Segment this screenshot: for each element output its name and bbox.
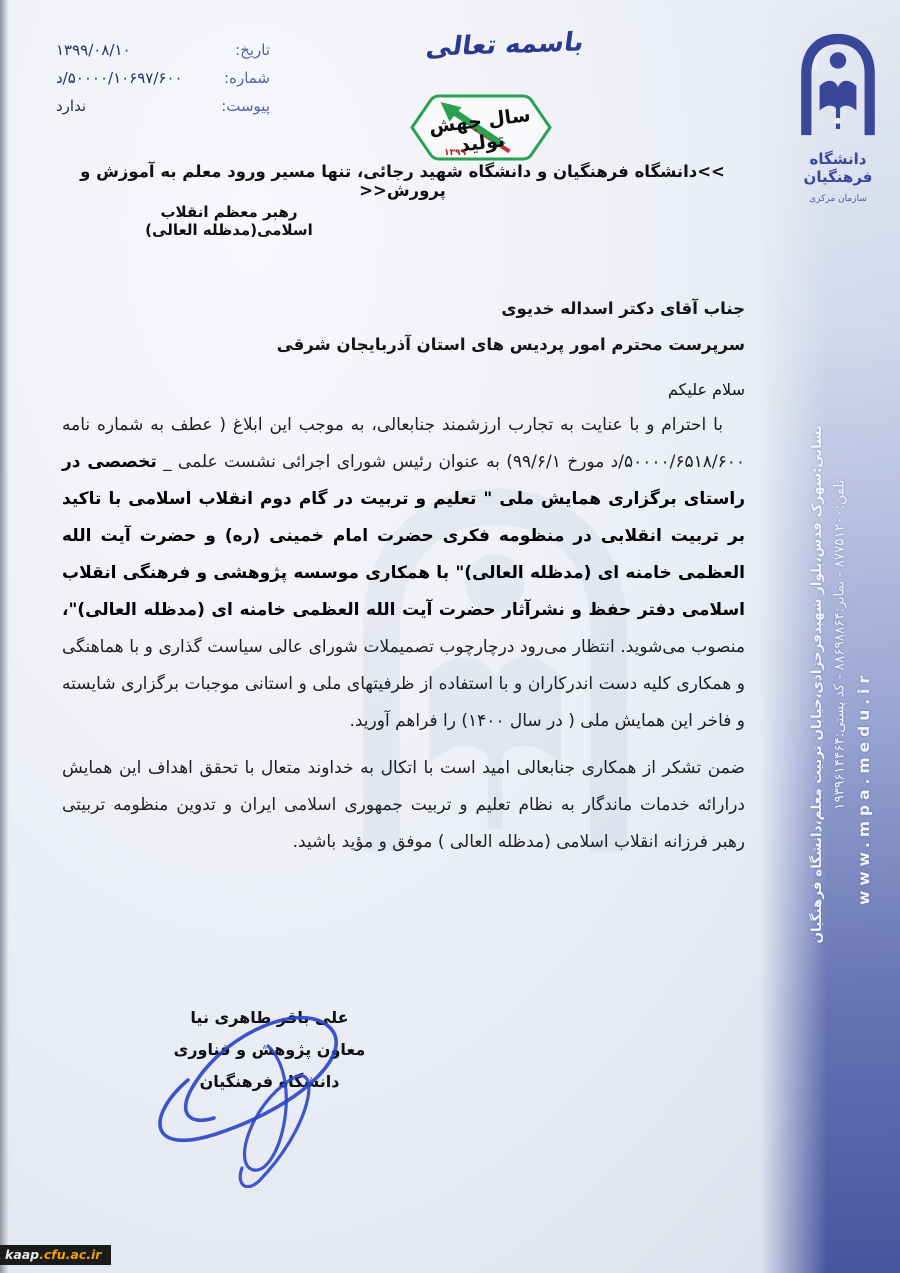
watermark-domain-prefix: kaap <box>5 1247 39 1262</box>
sidebar-phone-fax-postal-vertical: تلفن:۸۷۷۵۱۲۰۰ - نمابر:۸۸۶۹۸۸۶۴ - کد پستی… <box>831 480 849 1015</box>
sidebar-website-vertical: www.mpa.medu.ir <box>855 645 873 905</box>
attachment-value: ندارد <box>50 97 198 115</box>
signatory-name: علی باقر طاهری نیا <box>152 1002 387 1034</box>
salutation: سلام علیکم <box>277 373 745 407</box>
university-emblem-icon <box>792 28 884 142</box>
body-p1-regular-end: منصوب می‌شوید. انتظار می‌رود درچارچوب تص… <box>62 637 745 731</box>
header-slogan: <<دانشگاه فرهنگیان و دانشگاه شهید رجائی،… <box>45 162 760 200</box>
stamp-year: ۱۳۹۹ <box>444 148 466 158</box>
signatory-org: دانشگاه فرهنگیان <box>152 1066 387 1098</box>
body-paragraph-2: ضمن تشکر از همکاری جنابعالی امید است با … <box>62 750 745 861</box>
number-value: ۵۰۰۰۰/۱۰۶۹۷/۶۰۰/د <box>50 69 198 87</box>
scan-edge <box>0 0 9 1273</box>
logo-title: دانشگاه فرهنگیان <box>782 150 894 186</box>
signatory-title: معاون پژوهش و فناوری <box>152 1034 387 1066</box>
slogan-open-mark: << <box>697 162 725 181</box>
slogan-text: دانشگاه فرهنگیان و دانشگاه شهید رجائی، ت… <box>80 162 697 200</box>
watermark-domain-suffix: .cfu.ac.ir <box>39 1247 101 1262</box>
sidebar-address-vertical: نشانی:شهرک قدس،بلوار شهیدفرحزادی،خیابان … <box>808 425 826 1015</box>
letter-body: با احترام و با عنایت به تجارب ارزشمند جن… <box>62 407 745 871</box>
letter-meta-block: تاریخ: ۱۳۹۹/۰۸/۱۰ شماره: ۵۰۰۰۰/۱۰۶۹۷/۶۰۰… <box>50 36 270 120</box>
year-slogan-stamp: سال جهش تولید ۱۳۹۹ <box>406 90 556 164</box>
university-logo: دانشگاه فرهنگیان سازمان مرکزی <box>782 28 894 204</box>
meta-row-date: تاریخ: ۱۳۹۹/۰۸/۱۰ <box>50 36 270 64</box>
meta-row-attachment: پیوست: ندارد <box>50 92 270 120</box>
signature-block: علی باقر طاهری نیا معاون پژوهش و فناوری … <box>152 1002 387 1098</box>
date-label: تاریخ: <box>198 41 270 59</box>
letter-page: دانشگاه فرهنگیان سازمان مرکزی تاریخ: ۱۳۹… <box>0 0 900 1273</box>
date-value: ۱۳۹۹/۰۸/۱۰ <box>50 41 198 59</box>
number-label: شماره: <box>198 69 270 87</box>
logo-subtitle: سازمان مرکزی <box>782 194 894 204</box>
addressee-name: جناب آقای دکتر اسداله خدیوی <box>277 291 745 327</box>
body-p1-bold: تخصصی در راستای برگزاری همایش ملی " تعلی… <box>62 452 745 620</box>
addressee-title: سرپرست محترم امور پردیس های استان آذربای… <box>277 327 745 363</box>
body-p1-regular-start: با احترام و با عنایت به تجارب ارزشمند جن… <box>62 415 745 472</box>
site-watermark: kaap.cfu.ac.ir <box>0 1245 111 1265</box>
slogan-attribution: رهبر معظم انقلاب اسلامی(مدظله العالی) <box>108 203 350 239</box>
body-paragraph-1: با احترام و با عنایت به تجارب ارزشمند جن… <box>62 407 745 740</box>
meta-row-number: شماره: ۵۰۰۰۰/۱۰۶۹۷/۶۰۰/د <box>50 64 270 92</box>
attachment-label: پیوست: <box>198 97 270 115</box>
besmele-calligraphy: باسمه تعالی <box>398 26 612 63</box>
addressee-block: جناب آقای دکتر اسداله خدیوی سرپرست محترم… <box>277 291 745 407</box>
slogan-close-mark: >> <box>359 181 387 200</box>
